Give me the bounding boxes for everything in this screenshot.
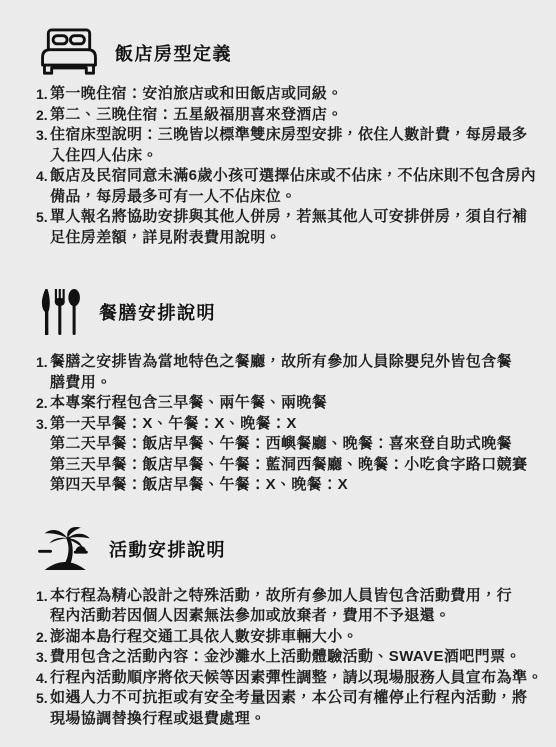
item-line: 費用包含之活動內容：金沙灘水上活動體驗活動、SWAVE酒吧門票。 xyxy=(50,647,530,668)
list-item: 3. 費用包含之活動內容：金沙灘水上活動體驗活動、SWAVE酒吧門票。 xyxy=(36,647,530,668)
item-line: 程內活動若因個人因素無法參加或放棄者，費用不予退還。 xyxy=(50,606,530,627)
item-number: 1. xyxy=(36,586,50,607)
item-line: 本行程為精心設計之特殊活動，故所有參加人員皆包含活動費用，行 xyxy=(50,586,530,607)
item-line: 本專案行程包含三早餐、兩午餐、兩晚餐 xyxy=(50,393,530,414)
numbered-list: 1. 第一晚住宿：安泊旅店或和田飯店或同級。 2. 第二、三晚住宿：五星級福朋喜… xyxy=(36,84,530,248)
list-item: 2. 澎湖本島行程交通工具依人數安排車輛大小。 xyxy=(36,627,530,648)
item-line: 足住房差額，詳見附表費用說明。 xyxy=(50,228,530,249)
list-item: 3. 第一天早餐：X、午餐：X、晚餐：X 第二天早餐：飯店早餐、午餐：西嶼餐廳、… xyxy=(36,414,530,496)
numbered-list: 1. 本行程為精心設計之特殊活動，故所有參加人員皆包含活動費用，行 程內活動若因… xyxy=(36,586,530,730)
section-title: 餐膳安排說明 xyxy=(99,299,216,325)
item-line: 第三天早餐：飯店早餐、午餐：藍洞西餐廳、晚餐：小吃食字路口競賽 xyxy=(50,455,530,476)
item-number: 1. xyxy=(36,352,50,373)
document-page: 飯店房型定義 1. 第一晚住宿：安泊旅店或和田飯店或同級。 2. 第二、三晚住宿… xyxy=(0,0,556,747)
item-line: 第一天早餐：X、午餐：X、晚餐：X xyxy=(50,414,530,435)
section-title: 飯店房型定義 xyxy=(115,40,232,66)
section-header: 餐膳安排說明 xyxy=(38,288,530,336)
section-activity-arrangement: 活動安排說明 1. 本行程為精心設計之特殊活動，故所有參加人員皆包含活動費用，行… xyxy=(36,526,530,730)
palm-island-icon xyxy=(38,526,94,572)
list-item: 1. 餐膳之安排皆為當地特色之餐廳，故所有參加人員除嬰兒外皆包含餐 膳費用。 xyxy=(36,352,530,393)
item-line: 第二天早餐：飯店早餐、午餐：西嶼餐廳、晚餐：喜來登自助式晚餐 xyxy=(50,434,530,455)
item-number: 1. xyxy=(36,84,50,105)
item-number: 2. xyxy=(36,105,50,126)
list-item: 5. 單人報名將協助安排與其他人併房，若無其他人可安排併房，須自行補 足住房差額… xyxy=(36,207,530,248)
item-line: 第二、三晚住宿：五星級福朋喜來登酒店。 xyxy=(50,105,530,126)
item-line: 備品，每房最多可有一人不佔床位。 xyxy=(50,187,530,208)
item-line: 現場協調替換行程或退費處理。 xyxy=(50,709,530,730)
list-item: 1. 第一晚住宿：安泊旅店或和田飯店或同級。 xyxy=(36,84,530,105)
item-number: 3. xyxy=(36,647,50,668)
list-item: 2. 第二、三晚住宿：五星級福朋喜來登酒店。 xyxy=(36,105,530,126)
list-item: 1. 本行程為精心設計之特殊活動，故所有參加人員皆包含活動費用，行 程內活動若因… xyxy=(36,586,530,627)
item-number: 3. xyxy=(36,125,50,146)
item-line: 膳費用。 xyxy=(50,373,530,394)
section-header: 飯店房型定義 xyxy=(38,28,530,78)
item-number: 2. xyxy=(36,627,50,648)
section-meal-arrangement: 餐膳安排說明 1. 餐膳之安排皆為當地特色之餐廳，故所有參加人員除嬰兒外皆包含餐… xyxy=(36,288,530,496)
item-line: 澎湖本島行程交通工具依人數安排車輛大小。 xyxy=(50,627,530,648)
section-hotel-room-definition: 飯店房型定義 1. 第一晚住宿：安泊旅店或和田飯店或同級。 2. 第二、三晚住宿… xyxy=(36,28,530,248)
item-line: 入住四人佔床。 xyxy=(50,146,530,167)
item-line: 行程內活動順序將依天候等因素彈性調整，請以現場服務人員宣布為準。 xyxy=(50,668,530,689)
item-number: 5. xyxy=(36,207,50,228)
item-line: 第一晚住宿：安泊旅店或和田飯店或同級。 xyxy=(50,84,530,105)
numbered-list: 1. 餐膳之安排皆為當地特色之餐廳，故所有參加人員除嬰兒外皆包含餐 膳費用。 2… xyxy=(36,352,530,496)
item-number: 4. xyxy=(36,668,50,689)
item-line: 餐膳之安排皆為當地特色之餐廳，故所有參加人員除嬰兒外皆包含餐 xyxy=(50,352,530,373)
list-item: 4. 飯店及民宿同意未滿6歲小孩可選擇佔床或不佔床，不佔床則不包含房內 備品，每… xyxy=(36,166,530,207)
section-header: 活動安排說明 xyxy=(38,526,530,572)
utensils-icon xyxy=(38,288,84,336)
item-line: 單人報名將協助安排與其他人併房，若無其他人可安排併房，須自行補 xyxy=(50,207,530,228)
section-title: 活動安排說明 xyxy=(109,536,226,562)
item-line: 飯店及民宿同意未滿6歲小孩可選擇佔床或不佔床，不佔床則不包含房內 xyxy=(50,166,530,187)
item-line: 如遇人力不可抗拒或有安全考量因素，本公司有權停止行程內活動，將 xyxy=(50,688,530,709)
list-item: 5. 如遇人力不可抗拒或有安全考量因素，本公司有權停止行程內活動，將 現場協調替… xyxy=(36,688,530,729)
item-number: 5. xyxy=(36,688,50,709)
list-item: 4. 行程內活動順序將依天候等因素彈性調整，請以現場服務人員宣布為準。 xyxy=(36,668,530,689)
list-item: 3. 住宿床型說明：三晚皆以標準雙床房型安排，依住人數計費，每房最多 入住四人佔… xyxy=(36,125,530,166)
bed-icon xyxy=(38,28,100,78)
item-number: 2. xyxy=(36,393,50,414)
item-line: 第四天早餐：飯店早餐、午餐：X、晚餐：X xyxy=(50,475,530,496)
item-number: 4. xyxy=(36,166,50,187)
item-number: 3. xyxy=(36,414,50,435)
item-line: 住宿床型說明：三晚皆以標準雙床房型安排，依住人數計費，每房最多 xyxy=(50,125,530,146)
list-item: 2. 本專案行程包含三早餐、兩午餐、兩晚餐 xyxy=(36,393,530,414)
